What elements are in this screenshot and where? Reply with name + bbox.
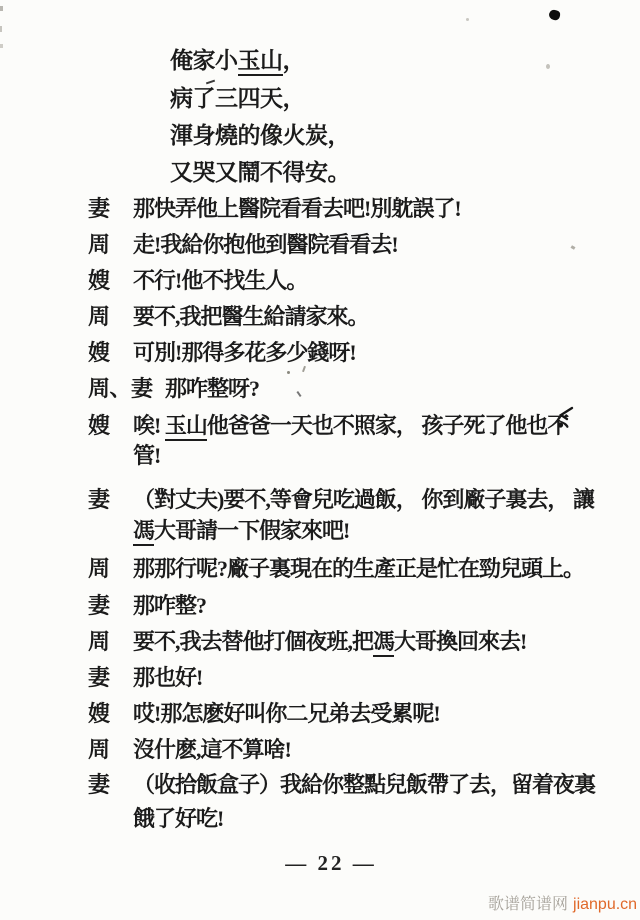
text-segment: 俺家小 (170, 48, 238, 73)
underlined-proper-noun: 玉山 (238, 48, 283, 76)
speaker-label: 周 (88, 556, 110, 582)
text-segment: （對丈夫)要不,等會兒吃過飯， 你到廠子裏去， 讓 (133, 487, 594, 512)
dialogue-text: 那咋整呀? (165, 376, 259, 402)
dialogue-text: 不行!他不找生人。 (133, 268, 307, 294)
dialogue-text: 哎!那怎麽好叫你二兄弟去受累呢! (133, 701, 440, 727)
speaker-label: 嫂 (88, 413, 110, 439)
dialogue-row: 妻（收拾飯盒子）我給你整點兒飯帶了去，留着夜裏 (0, 772, 640, 802)
text-segment: 要不,我把醫生給請家來。 (133, 304, 369, 329)
edge-speck-artifact (0, 26, 2, 32)
scanned-script-page: 俺家小玉山，病了三四天，渾身燒的像火炭，又哭又鬧不得安。 妻那快弄他上醫院看看去… (0, 0, 640, 920)
speaker-label: 周 (88, 629, 110, 655)
verse-line: 病了三四天， (170, 86, 305, 112)
watermark-site-url: jianpu.cn (573, 896, 637, 913)
speaker-label: 妻 (88, 593, 110, 619)
dialogue-text: 管! (133, 443, 160, 469)
dialogue-text: 那快弄他上醫院看看去吧!別躭誤了! (133, 196, 461, 222)
speaker-label: 周、妻 (88, 376, 153, 402)
dialogue-text: 餓了好吃! (133, 806, 223, 832)
ink-tick-artifact (206, 80, 215, 85)
text-segment: ， (283, 48, 306, 73)
speaker-label: 嫂 (88, 701, 110, 727)
underlined-proper-noun: 玉山 (165, 413, 207, 441)
edge-speck-artifact (0, 44, 3, 48)
dialogue-row: 嫂不行!他不找生人。 (0, 268, 640, 298)
speck-artifact (287, 371, 290, 374)
dialogue-row-continuation: 管! (0, 443, 640, 473)
text-segment: 那快弄他上醫院看看去吧!別躭誤了! (133, 196, 461, 221)
dialogue-text: 沒什麽,這不算啥! (133, 737, 291, 763)
dialogue-row: 周要不,我把醫生給請家來。 (0, 304, 640, 334)
ink-blot-artifact (548, 9, 561, 21)
edge-speck-artifact (0, 6, 3, 11)
watermark-site-name: 歌谱简谱网 (488, 896, 568, 913)
dialogue-text: 那咋整? (133, 593, 206, 619)
dialogue-row: 嫂可別!那得多花多少錢呀! (0, 340, 640, 370)
dialogue-text: （對丈夫)要不,等會兒吃過飯， 你到廠子裏去， 讓 (133, 487, 594, 513)
text-segment: 沒什麽,這不算啥! (133, 737, 291, 762)
speaker-label: 妻 (88, 772, 110, 798)
speaker-label: 嫂 (88, 268, 110, 294)
dialogue-row-continuation: 餓了好吃! (0, 806, 640, 836)
watermark: 歌谱简谱网jianpu.cn (488, 891, 637, 914)
dialogue-text: 可別!那得多花多少錢呀! (133, 340, 356, 366)
text-segment: 不行!他不找生人。 (133, 268, 307, 293)
text-segment: 要不,我去替他打個夜班,把 (133, 629, 373, 654)
text-segment: 管! (133, 443, 160, 468)
text-segment: （收拾飯盒子）我給你整點兒飯帶了去，留着夜裏 (133, 772, 595, 797)
text-segment: 大哥請一下假家來吧! (154, 518, 349, 543)
text-segment: 那那行呢?廠子裏現在的生產正是忙在勁兒頭上。 (133, 556, 584, 581)
underlined-proper-noun: 馮 (133, 518, 154, 546)
verse-line: 又哭又鬧不得安。 (170, 160, 350, 186)
dialogue-text: 那那行呢?廠子裏現在的生產正是忙在勁兒頭上。 (133, 556, 584, 582)
speaker-label: 妻 (88, 487, 110, 513)
text-segment: 渾身燒的像火炭， (170, 123, 350, 148)
speck-artifact (466, 18, 469, 21)
text-segment: 那也好! (133, 665, 202, 690)
dialogue-row: 周走!我給你抱他到醫院看看去! (0, 232, 640, 262)
speaker-label: 周 (88, 232, 110, 258)
dialogue-text: 那也好! (133, 665, 202, 691)
verse-line: 俺家小玉山， (170, 48, 305, 74)
dialogue-text: 要不,我把醫生給請家來。 (133, 304, 369, 330)
speaker-label: 妻 (88, 665, 110, 691)
dialogue-row-continuation: 馮大哥請一下假家來吧! (0, 518, 640, 548)
speaker-label: 妻 (88, 196, 110, 222)
text-segment: 又哭又鬧不得安。 (170, 160, 350, 185)
dialogue-row: 嫂哎!那怎麽好叫你二兄弟去受累呢! (0, 701, 640, 731)
dialogue-text: （收拾飯盒子）我給你整點兒飯帶了去，留着夜裏 (133, 772, 595, 798)
dialogue-row: 周要不,我去替他打個夜班,把馮大哥換回來去! (0, 629, 640, 659)
speaker-label: 周 (88, 737, 110, 763)
page-number: — 22 — (0, 851, 640, 876)
text-segment: 那咋整? (133, 593, 206, 618)
dialogue-row: 妻那咋整? (0, 593, 640, 623)
text-segment: 大哥換回來去! (394, 629, 526, 654)
dialogue-row: 嫂唉! 玉山他爸爸一天也不照家， 孩子死了他也不 (0, 413, 640, 443)
text-segment: 那咋整呀? (165, 376, 259, 401)
text-segment: 走!我給你抱他到醫院看看去! (133, 232, 398, 257)
text-segment: 唉! (133, 413, 165, 438)
text-segment: 餓了好吃! (133, 806, 223, 831)
verse-line: 渾身燒的像火炭， (170, 123, 350, 149)
dialogue-row: 周沒什麽,這不算啥! (0, 737, 640, 767)
dialogue-text: 唉! 玉山他爸爸一天也不照家， 孩子死了他也不 (133, 413, 568, 439)
dialogue-row: 妻那也好! (0, 665, 640, 695)
text-segment: 病了三四天， (170, 86, 305, 111)
dialogue-row: 周那那行呢?廠子裏現在的生產正是忙在勁兒頭上。 (0, 556, 640, 586)
text-segment: 可別!那得多花多少錢呀! (133, 340, 356, 365)
ink-smudge-artifact (546, 64, 550, 69)
speaker-label: 嫂 (88, 340, 110, 366)
dialogue-text: 要不,我去替他打個夜班,把馮大哥換回來去! (133, 629, 526, 655)
underlined-proper-noun: 馮 (373, 629, 394, 657)
dialogue-row: 妻（對丈夫)要不,等會兒吃過飯， 你到廠子裏去， 讓 (0, 487, 640, 517)
speaker-label: 周 (88, 304, 110, 330)
dialogue-text: 馮大哥請一下假家來吧! (133, 518, 349, 544)
dialogue-row: 妻那快弄他上醫院看看去吧!別躭誤了! (0, 196, 640, 226)
dialogue-text: 走!我給你抱他到醫院看看去! (133, 232, 398, 258)
text-segment: 哎!那怎麽好叫你二兄弟去受累呢! (133, 701, 440, 726)
dialogue-row: 周、妻那咋整呀? (0, 376, 640, 406)
text-segment: 他爸爸一天也不照家， 孩子死了他也不 (207, 413, 569, 438)
